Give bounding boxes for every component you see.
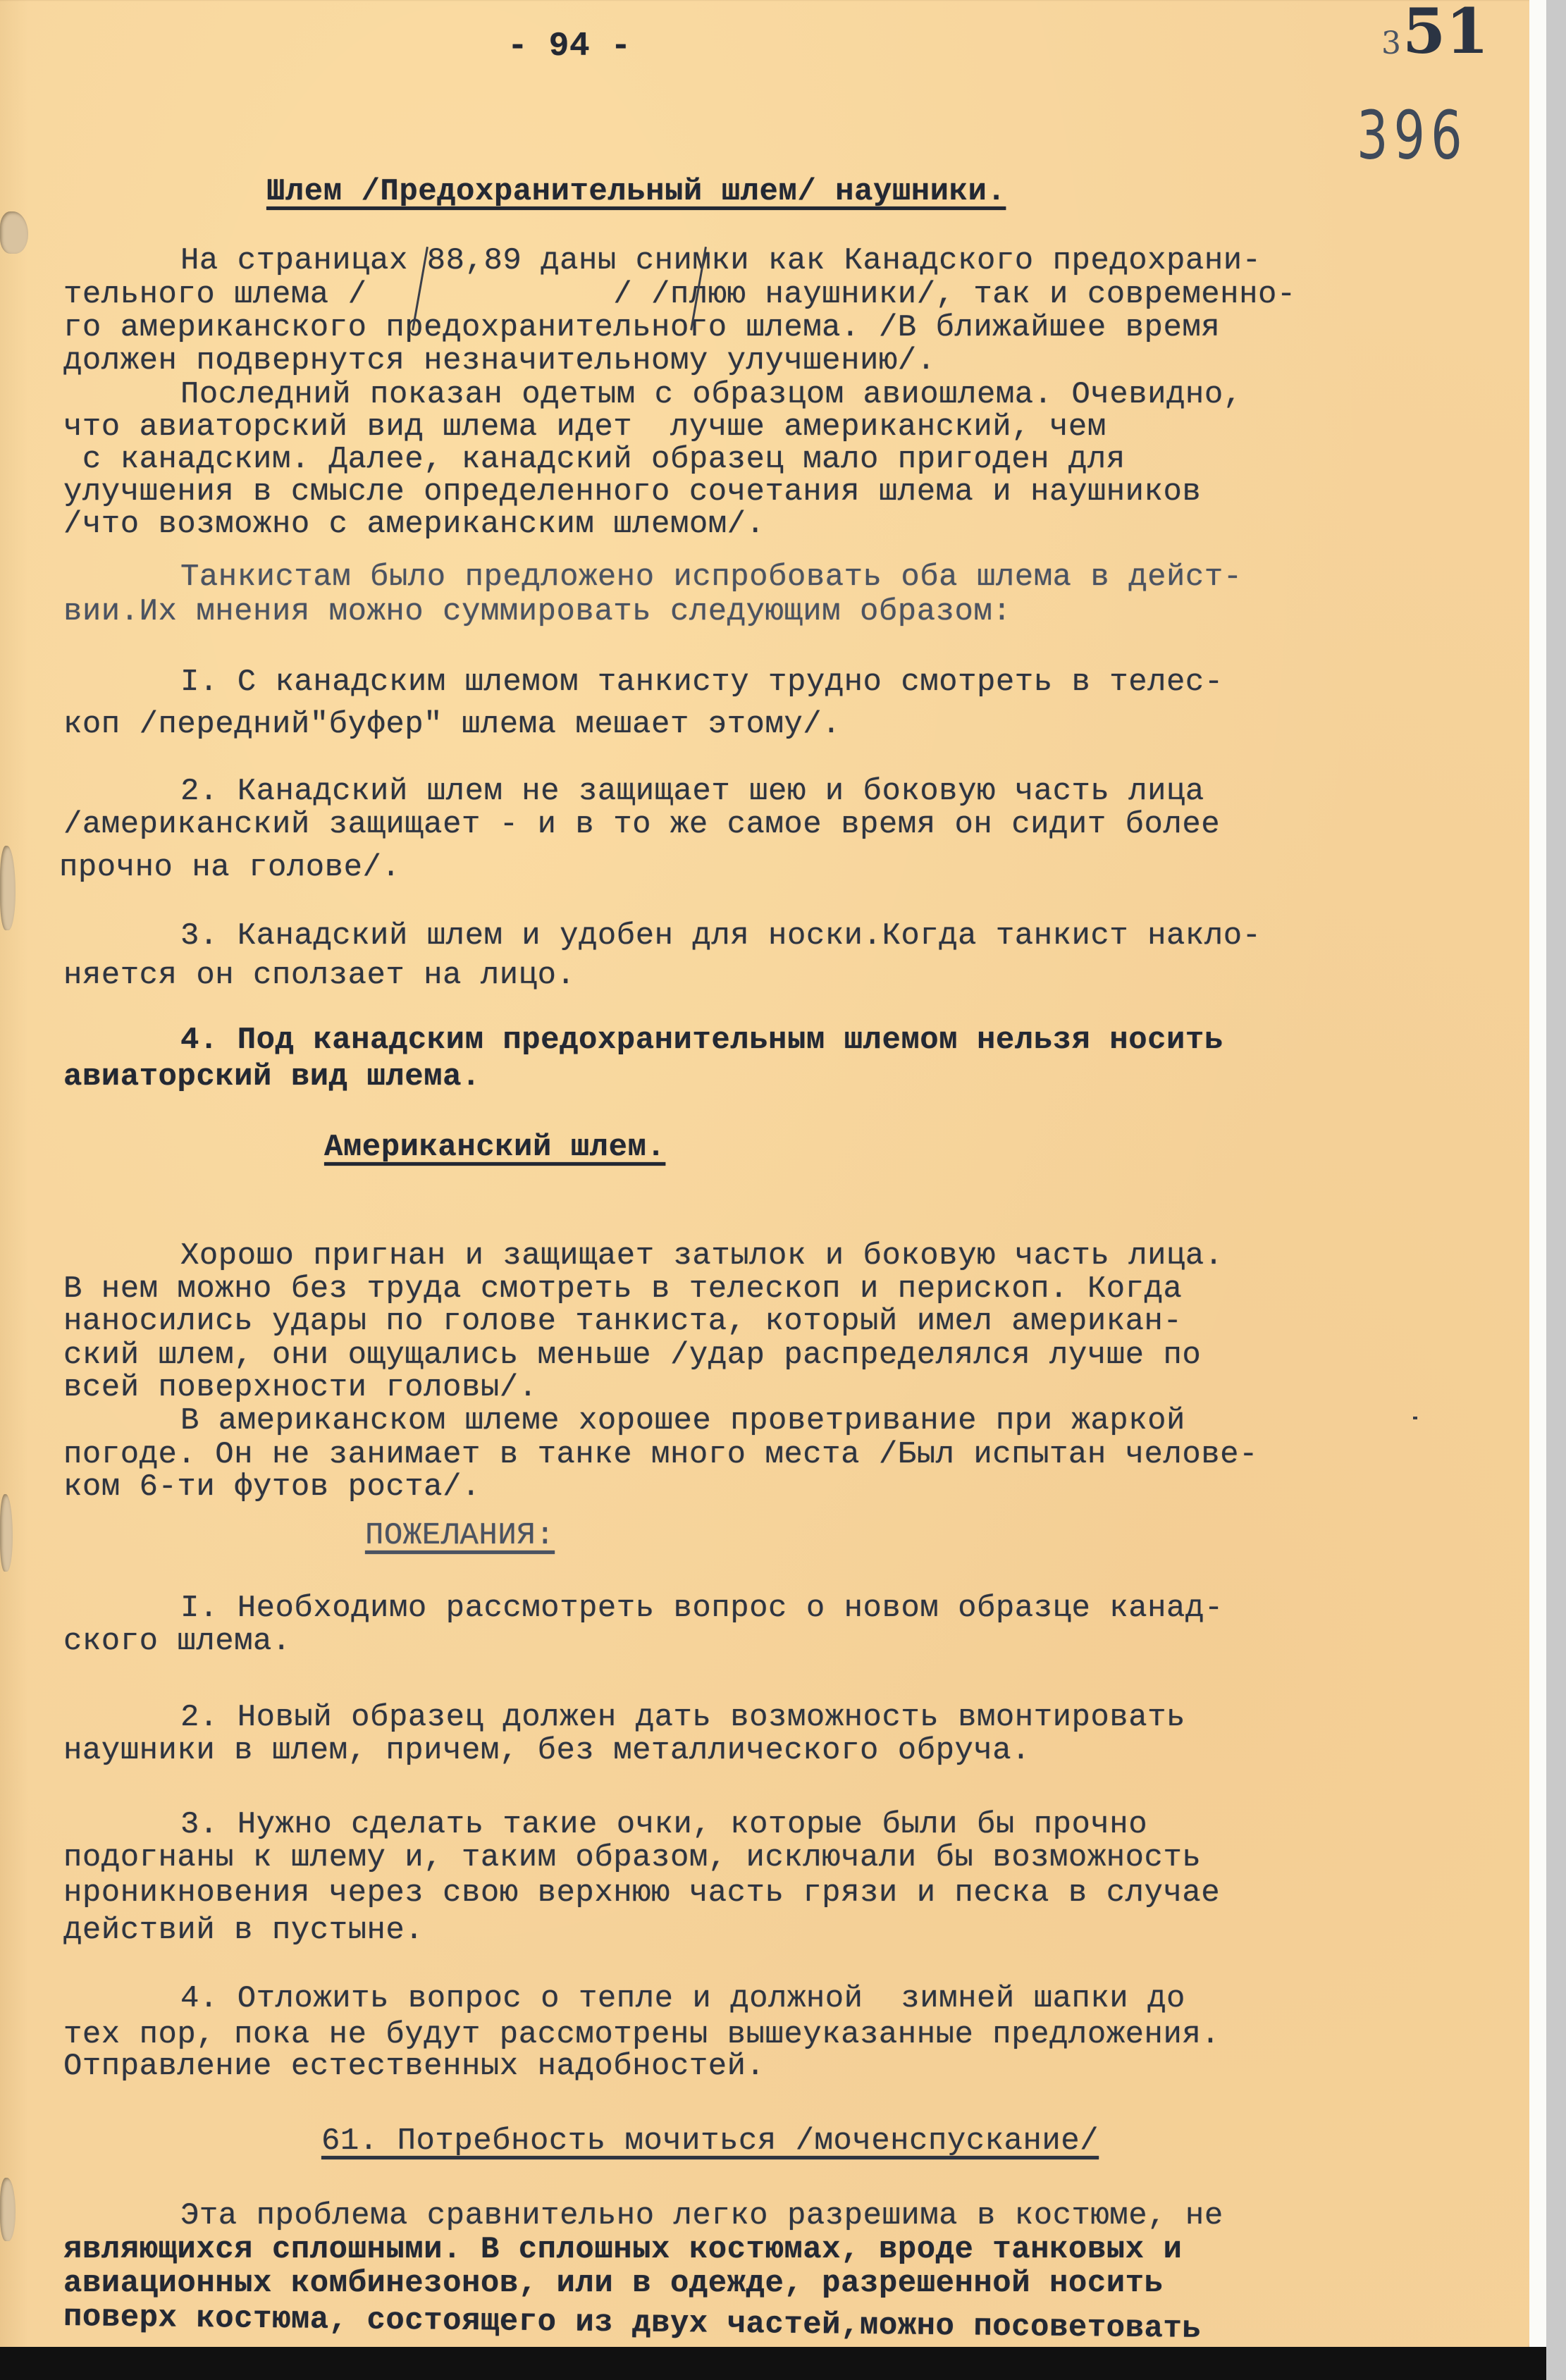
text-line: Последний показан одетым с образцом авио… <box>180 379 1243 410</box>
section-heading-american-helmet: Американский шлем. <box>324 1132 665 1163</box>
text-line: тельного шлема / / /плюю наушники/, так … <box>63 279 1296 310</box>
text-line: /американский защищает - и в то же самое… <box>63 809 1220 840</box>
text-line: 3. Нужно сделать такие очки, которые был… <box>180 1809 1147 1840</box>
text-line: 2. Новый образец должен дать возможность… <box>180 1702 1185 1733</box>
scan-background <box>0 2347 1546 2380</box>
text-line: прочно на голове/. <box>59 852 400 883</box>
text-line: ский шлем, они ощущались меньше /удар ра… <box>63 1340 1201 1371</box>
text-line: тех пор, пока не будут рассмотрены вышеу… <box>63 2019 1220 2050</box>
text-line: наушники в шлем, причем, без металлическ… <box>63 1735 1030 1766</box>
text-line: /что возможно с американским шлемом/. <box>63 509 765 540</box>
text-line: вии.Их мнения можно суммировать следующи… <box>63 596 1011 627</box>
text-line: Отправление естественных надобностей. <box>63 2051 765 2082</box>
text-line: Танкистам было предложено испробовать об… <box>180 562 1243 593</box>
archive-number-small: 3 <box>1381 28 1401 59</box>
text-line: с канадским. Далее, канадский образец ма… <box>63 444 1126 475</box>
paper-tear-mark <box>0 2178 16 2241</box>
text-line: авиационных комбинезонов, или в одежде, … <box>63 2268 1163 2299</box>
text-line: В американском шлеме хорошее проветриван… <box>180 1405 1185 1436</box>
archive-number-large: 51 <box>1402 0 1488 62</box>
pencil-slash-mark <box>1413 1417 1417 1419</box>
paper-tear-mark <box>0 846 16 930</box>
text-line: На страницах 88,89 даны снимки как Канад… <box>180 245 1262 276</box>
text-line: 3. Канадский шлем и удобен для носки.Ког… <box>180 920 1262 951</box>
text-line: погоде. Он не занимает в танке много мес… <box>63 1439 1258 1470</box>
section-heading-wishes: ПОЖЕЛАНИЯ: <box>365 1520 555 1551</box>
paper-tear-mark <box>0 1494 13 1572</box>
text-line: что авиаторский вид шлема идет лучше аме… <box>63 412 1106 443</box>
scan-margin <box>1529 0 1546 2380</box>
text-line: I. С канадским шлемом танкисту трудно см… <box>180 667 1223 698</box>
text-line: го американского предохранительного шлем… <box>63 312 1220 343</box>
text-line: няется он сползает на лицо. <box>63 960 575 991</box>
text-line: Хорошо пригнан и защищает затылок и боко… <box>180 1240 1223 1271</box>
text-line: ком 6-ти футов роста/. <box>63 1472 481 1503</box>
text-line: должен подвернутся незначительному улучш… <box>63 345 936 376</box>
typed-page-number: - 94 - <box>507 30 631 63</box>
text-line: коп /передний"буфер" шлема мешает этому/… <box>63 709 841 740</box>
text-line: действий в пустыне. <box>63 1915 424 1946</box>
text-line: 4. Под канадским предохранительным шлемо… <box>180 1025 1223 1056</box>
text-line: улучшения в смысле определенного сочетан… <box>63 476 1201 507</box>
text-line: всей поверхности головы/. <box>63 1372 538 1403</box>
text-line: 2. Канадский шлем не защищает шею и боко… <box>180 776 1204 807</box>
text-line: авиаторский вид шлема. <box>63 1061 481 1092</box>
paper-tear-mark <box>0 211 28 254</box>
text-line: нроникновения через свою верхнюю часть г… <box>63 1878 1220 1909</box>
text-line: 4. Отложить вопрос о тепле и должной зим… <box>180 1983 1185 2014</box>
text-line: Эта проблема сравнительно легко разрешим… <box>180 2200 1223 2231</box>
text-line: I. Необходимо рассмотреть вопрос о новом… <box>180 1593 1223 1624</box>
text-line: ского шлема. <box>63 1626 291 1657</box>
section-heading-61: 61. Потребность мочиться /моченспускание… <box>321 2126 1099 2157</box>
text-line: являющихся сплошными. В сплошных костюма… <box>63 2234 1182 2265</box>
section-title-helmet: Шлем /Предохранительный шлем/ наушники. <box>266 176 1006 207</box>
text-line: наносились удары по голове танкиста, кот… <box>63 1306 1182 1337</box>
stamped-folio-number: 396 <box>1357 102 1468 169</box>
text-line: В нем можно без труда смотреть в телеско… <box>63 1274 1182 1305</box>
text-line: подогнаны к шлему и, таким образом, искл… <box>63 1842 1201 1873</box>
